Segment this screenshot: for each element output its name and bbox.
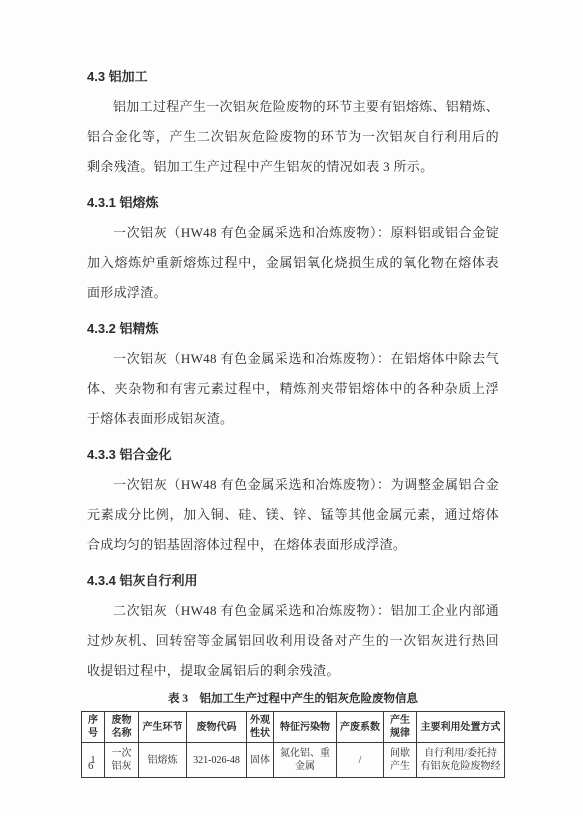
header-seq-no: 序号 (82, 712, 105, 743)
paragraph-4-3-3: 一次铝灰（HW48 有色金属采选和冶炼废物）：为调整金属铝合金元素成分比例，加入… (87, 470, 499, 560)
cell-appearance: 固体 (247, 743, 274, 778)
page-number: 6 (88, 760, 94, 772)
paragraph-4-3-1: 一次铝灰（HW48 有色金属采选和冶炼废物）：原料铝或铝合金锭加入熔炼炉重新熔炼… (87, 218, 499, 308)
document-page: 4.3 铝加工 铝加工过程产生一次铝灰危险废物的环节主要有铝熔炼、铝精炼、铝合金… (0, 0, 583, 816)
section-heading-4-3-4: 4.3.4 铝灰自行利用 (87, 566, 499, 596)
table-caption: 表 3 铝加工生产过程中产生的铝灰危险废物信息 (87, 689, 499, 709)
section-4-3-3: 4.3.3 铝合金化 一次铝灰（HW48 有色金属采选和冶炼废物）：为调整金属铝… (87, 440, 499, 560)
waste-info-table: 序号 废物名称 产生环节 废物代码 外观性状 特征污染物 产废系数 产生规律 主… (81, 711, 505, 778)
header-waste-coefficient: 产废系数 (337, 712, 384, 743)
paragraph-4-3-2: 一次铝灰（HW48 有色金属采选和冶炼废物）：在铝熔体中除去气体、夹杂物和有害元… (87, 344, 499, 434)
section-heading-4-3-2: 4.3.2 铝精炼 (87, 314, 499, 344)
header-disposal-method: 主要利用处置方式 (417, 712, 505, 743)
section-4-3-2: 4.3.2 铝精炼 一次铝灰（HW48 有色金属采选和冶炼废物）：在铝熔体中除去… (87, 314, 499, 434)
section-heading-4-3-1: 4.3.1 铝熔炼 (87, 188, 499, 218)
paragraph-4-3: 铝加工过程产生一次铝灰危险废物的环节主要有铝熔炼、铝精炼、铝合金化等，产生二次铝… (87, 92, 499, 182)
header-characteristic-pollutants: 特征污染物 (274, 712, 337, 743)
table-header-row: 序号 废物名称 产生环节 废物代码 外观性状 特征污染物 产废系数 产生规律 主… (82, 712, 505, 743)
header-appearance: 外观性状 (247, 712, 274, 743)
section-4-3-1: 4.3.1 铝熔炼 一次铝灰（HW48 有色金属采选和冶炼废物）：原料铝或铝合金… (87, 188, 499, 308)
header-generation-stage: 产生环节 (139, 712, 187, 743)
cell-waste-name: 一次铝灰 (105, 743, 139, 778)
page-content: 4.3 铝加工 铝加工过程产生一次铝灰危险废物的环节主要有铝熔炼、铝精炼、铝合金… (87, 62, 499, 778)
section-4-3: 4.3 铝加工 铝加工过程产生一次铝灰危险废物的环节主要有铝熔炼、铝精炼、铝合金… (87, 62, 499, 182)
cell-disposal-method: 自行利用/委托持有铝灰危险废物经 (417, 743, 505, 778)
header-waste-code: 废物代码 (187, 712, 247, 743)
cell-characteristic-pollutants: 氮化铝、重金属 (274, 743, 337, 778)
header-generation-pattern: 产生规律 (384, 712, 417, 743)
section-heading-4-3: 4.3 铝加工 (87, 62, 499, 92)
cell-waste-code: 321-026-48 (187, 743, 247, 778)
section-4-3-4: 4.3.4 铝灰自行利用 二次铝灰（HW48 有色金属采选和冶炼废物）：铝加工企… (87, 566, 499, 686)
header-waste-name: 废物名称 (105, 712, 139, 743)
cell-waste-coefficient: / (337, 743, 384, 778)
paragraph-4-3-4: 二次铝灰（HW48 有色金属采选和冶炼废物）：铝加工企业内部通过炒灰机、回转窑等… (87, 596, 499, 686)
table-row: 1 一次铝灰 铝熔炼 321-026-48 固体 氮化铝、重金属 / 间歇产生 … (82, 743, 505, 778)
section-heading-4-3-3: 4.3.3 铝合金化 (87, 440, 499, 470)
cell-generation-pattern: 间歇产生 (384, 743, 417, 778)
cell-generation-stage: 铝熔炼 (139, 743, 187, 778)
